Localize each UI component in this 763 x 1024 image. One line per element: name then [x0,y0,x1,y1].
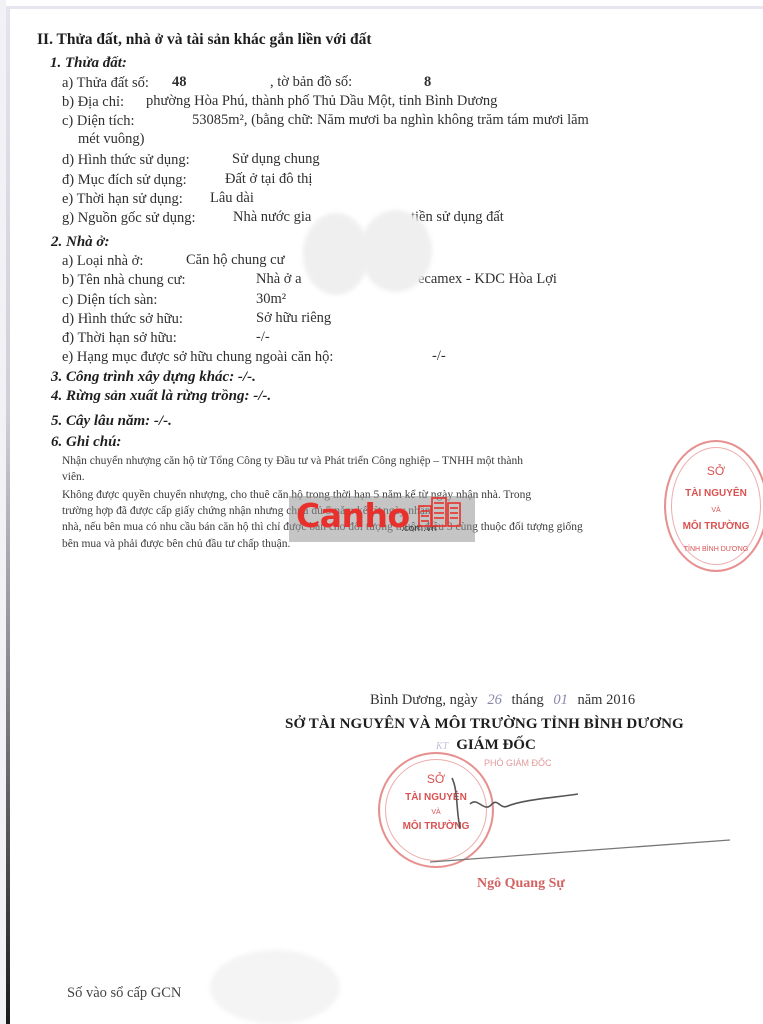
ownership-term-label: đ) Thời hạn sở hữu: [62,329,177,347]
land-heading: 1. Thửa đất: [50,54,127,72]
shared-items-label: e) Hạng mục được sở hữu chung ngoài căn … [62,348,333,366]
ownership-value: Sở hữu riêng [256,310,331,327]
house-type-value: Căn hộ chung cư [186,252,284,269]
note-line: bên mua và phải được bên chủ đầu tư chấp… [62,537,290,552]
issue-date: Bình Dương, ngày 26 tháng 01 năm 2016 [370,692,635,709]
use-term-label: e) Thời hạn sử dụng: [62,190,183,208]
certificate-book-number: Số vào sổ cấp GCN [67,985,181,1002]
watermark-brand: Canho [296,496,410,536]
area-value: 53085m², (bằng chữ: Năm mươi ba nghìn kh… [192,112,589,129]
production-forest: 4. Rừng sản xuất là rừng trồng: -/-. [51,387,271,405]
other-construction: 3. Công trình xây dựng khác: -/-. [51,368,256,386]
redaction-blur [360,210,432,292]
issuing-organization: SỞ TÀI NGUYÊN VÀ MÔI TRƯỜNG TỈNH BÌNH DƯ… [285,716,684,733]
perennial-trees: 5. Cây lâu năm: -/-. [51,412,172,430]
official-seal: SỞ TÀI NGUYÊN VÀ MÔI TRƯỜNG TỈNH BÌNH DƯ… [664,440,763,572]
area-label: c) Diện tích: [62,112,134,130]
issue-day: 26 [487,692,502,708]
map-sheet-number: 8 [424,74,431,91]
parcel-label: a) Thửa đất số: [62,74,149,92]
building-name-end: ecamex - KDC Hòa Lợi [418,271,557,288]
use-form-label: d) Hình thức sử dụng: [62,151,190,169]
floor-area-value: 30m² [256,291,286,308]
building-name-label: b) Tên nhà chung cư: [62,271,186,289]
map-sheet-label: , tờ bản đồ số: [270,74,352,91]
certificate-page: II. Thửa đất, nhà ở và tài sản khác gắn … [0,0,763,1024]
shared-items-value: -/- [432,348,446,365]
signer-name: Ngô Quang Sự [477,876,565,892]
redaction-blur [303,213,369,295]
note-line: Nhận chuyển nhượng căn hộ từ Tổng Công t… [62,454,523,469]
floor-area-label: c) Diện tích sàn: [62,291,157,309]
origin-label: g) Nguồn gốc sử dụng: [62,209,196,227]
signature-icon [430,770,730,870]
building-name-start: Nhà ở a [256,271,302,288]
redaction-blur [210,950,340,1024]
use-form-value: Sử dụng chung [232,151,320,168]
signer-title: KTGIÁM ĐỐC [436,737,536,754]
ownership-label: d) Hình thức sở hữu: [62,310,183,328]
ownership-term-value: -/- [256,329,270,346]
address-label: b) Địa chỉ: [62,93,124,111]
area-value-cont: mét vuông) [78,131,144,148]
deputy-title: PHÓ GIÁM ĐỐC [484,758,552,768]
notes-heading: 6. Ghi chú: [51,433,121,451]
section-title: II. Thửa đất, nhà ở và tài sản khác gắn … [37,31,372,49]
house-type-label: a) Loại nhà ở: [62,252,143,270]
use-purpose-value: Đất ở tại đô thị [225,171,312,188]
note-line: viên. [62,470,85,485]
house-heading: 2. Nhà ở: [51,233,109,251]
building-logo-icon [418,497,470,527]
origin-value-start: Nhà nước gia [233,209,311,226]
parcel-number: 48 [172,74,187,91]
use-term-value: Lâu dài [210,190,254,207]
address-value: phường Hòa Phú, thành phố Thủ Dầu Một, t… [146,93,497,110]
issue-month: 01 [553,692,568,708]
use-purpose-label: đ) Mục đích sử dụng: [62,171,187,189]
origin-value-end: tiền sử dụng đất [411,209,504,226]
